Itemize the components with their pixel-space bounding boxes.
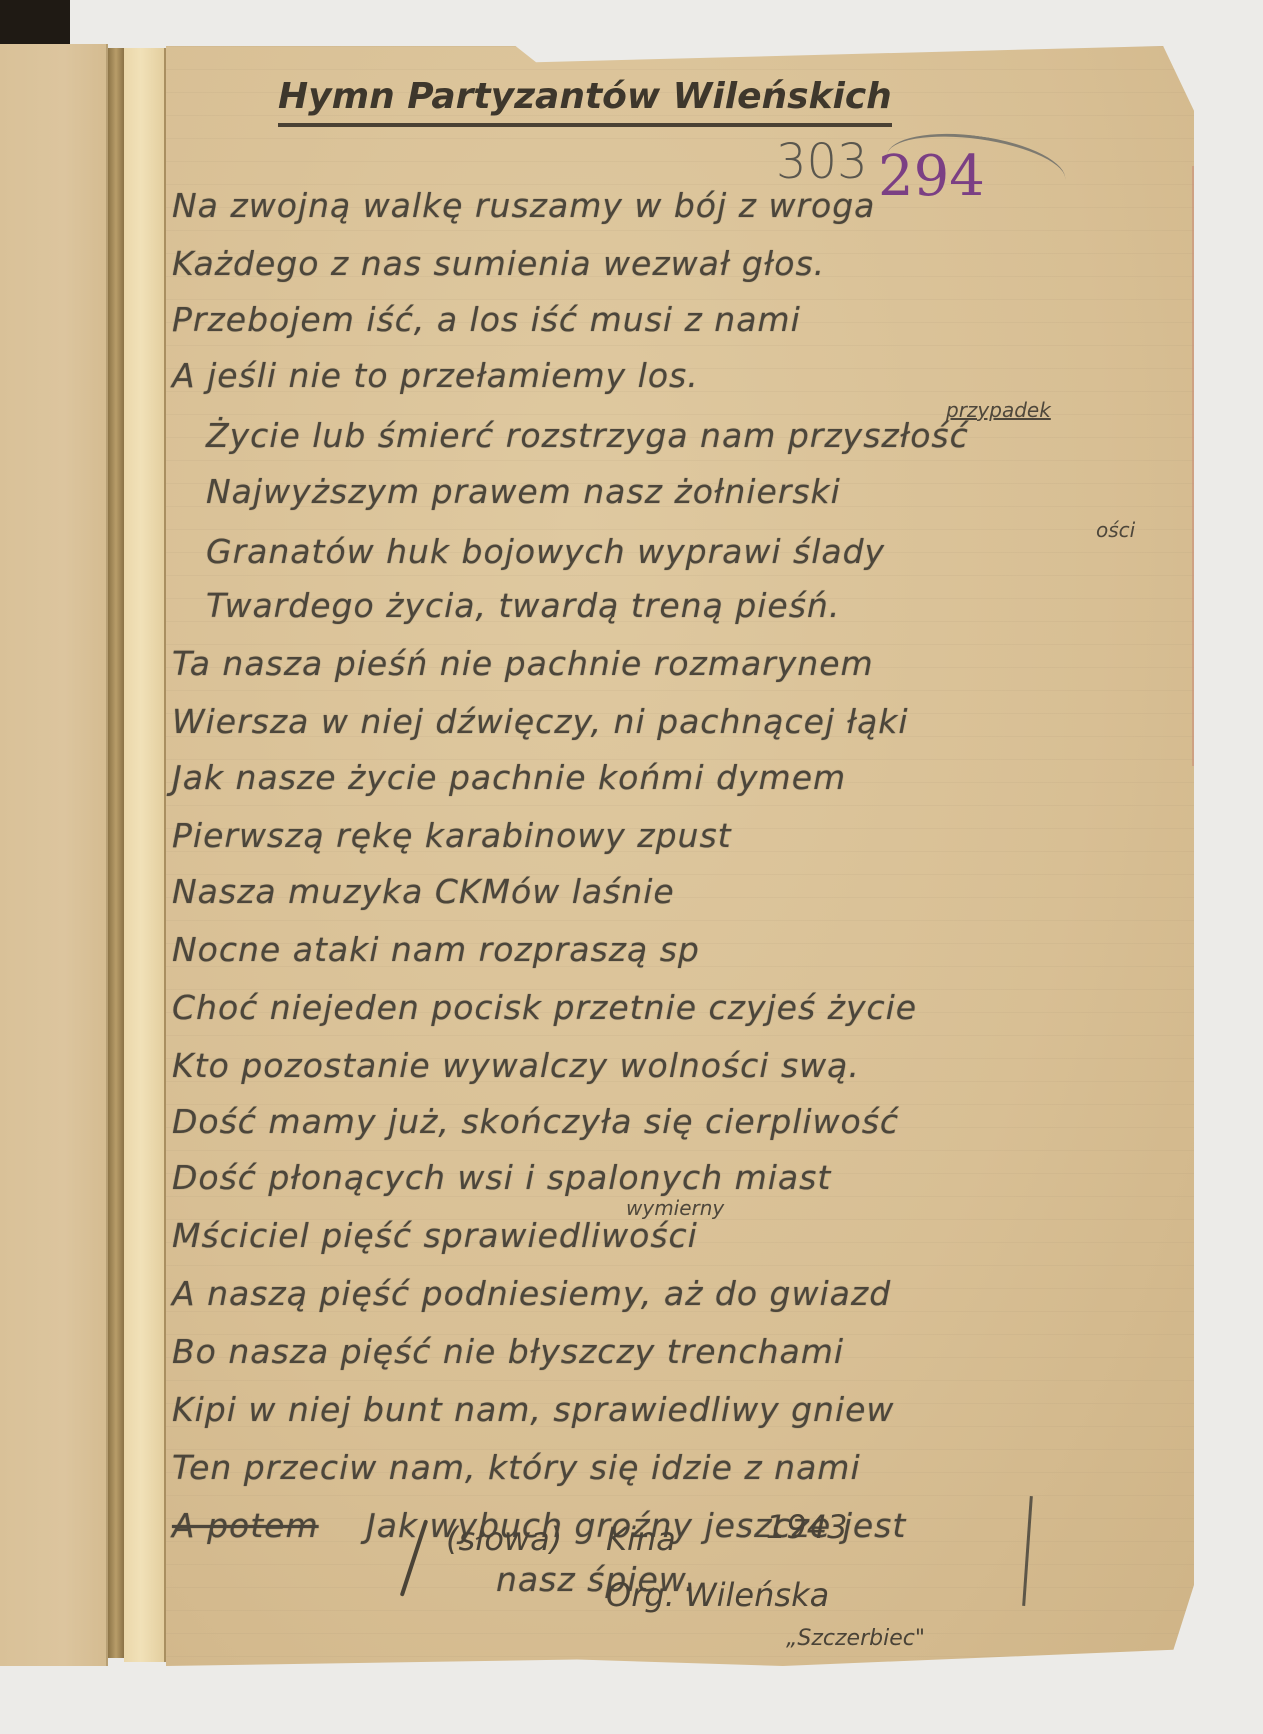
lyric-line-20: A naszą pięść podniesiemy, aż do gwiazd — [172, 1274, 891, 1313]
signature-words-label: (słowa) — [446, 1520, 562, 1558]
margin-note-osci: ości — [1096, 518, 1135, 542]
lyric-line-18: Dość płonących wsi i spalonych miast — [172, 1158, 831, 1197]
lyric-line-24-struck-prefix: A potem — [172, 1506, 319, 1545]
lyric-line-2: Każdego z nas sumienia wezwał głos. — [172, 244, 825, 283]
lyric-line-13: Nasza muzyka CKMów laśnie — [172, 872, 675, 911]
scan-background-corner — [0, 0, 70, 44]
signature-subtitle: „Szczerbiec" — [786, 1626, 925, 1651]
folder-cover — [0, 44, 108, 1666]
lyric-line-17: Dość mamy już, skończyła się cierpliwość — [172, 1102, 899, 1141]
lyric-line-9: Ta nasza pieśń nie pachnie rozmarynem — [172, 644, 874, 683]
lyric-line-16: Kto pozostanie wywalczy wolności swą. — [172, 1046, 860, 1085]
lyric-line-8: Twardego życia, twardą treną pieśń. — [206, 586, 840, 625]
lyric-line-5: Życie lub śmierć rozstrzyga nam przyszło… — [206, 416, 969, 455]
folder-spine-strip — [124, 48, 166, 1662]
signature-year: 1943 — [766, 1508, 847, 1546]
bracket-mark-right — [1022, 1496, 1033, 1606]
manuscript-page: Hymn Partyzantów Wileńskich 303 294 Na z… — [166, 46, 1194, 1666]
lyric-line-1: Na zwojną walkę ruszamy w bój z wroga — [172, 186, 875, 225]
struck-word: A potem — [172, 1506, 319, 1545]
lyric-line-23: Ten przeciw nam, który się idzie z nami — [172, 1448, 861, 1487]
lyric-line-6: Najwyższym prawem nasz żołnierski — [206, 472, 841, 511]
archive-number-stamp: 294 — [878, 144, 985, 209]
lyric-line-19: Mściciel pięść sprawiedliwości — [172, 1216, 698, 1255]
lyric-line-10: Wiersza w niej dźwięczy, ni pachnącej łą… — [172, 702, 909, 741]
lyric-line-7: Granatów huk bojowych wyprawi ślady — [206, 532, 885, 571]
margin-note-przypadek: przypadek — [946, 398, 1051, 422]
archive-number-pencil: 303 — [776, 134, 868, 190]
margin-note-wymierny: wymierny — [626, 1196, 724, 1220]
lyric-line-3: Przebojem iść, a los iść musi z nami — [172, 300, 801, 339]
document-title: Hymn Partyzantów Wileńskich — [278, 76, 892, 127]
lyric-line-14: Nocne ataki nam rozpraszą sp — [172, 930, 700, 969]
folder-spine-groove — [108, 48, 124, 1658]
lyric-line-15: Choć niejeden pocisk przetnie czyjeś życ… — [172, 988, 917, 1027]
page-edge-stain — [1192, 166, 1194, 766]
signature-organization: Org. Wileńska — [606, 1576, 829, 1614]
signature-author: Kina — [606, 1520, 676, 1558]
lyric-line-22: Kipi w niej bunt nam, sprawiedliwy gniew — [172, 1390, 894, 1429]
lyric-line-21: Bo nasza pięść nie błyszczy trenchami — [172, 1332, 844, 1371]
lyric-line-12: Pierwszą rękę karabinowy zpust — [172, 816, 732, 855]
lyric-line-11: Jak nasze życie pachnie końmi dymem — [172, 758, 846, 797]
lyric-line-4: A jeśli nie to przełamiemy los. — [172, 356, 699, 395]
